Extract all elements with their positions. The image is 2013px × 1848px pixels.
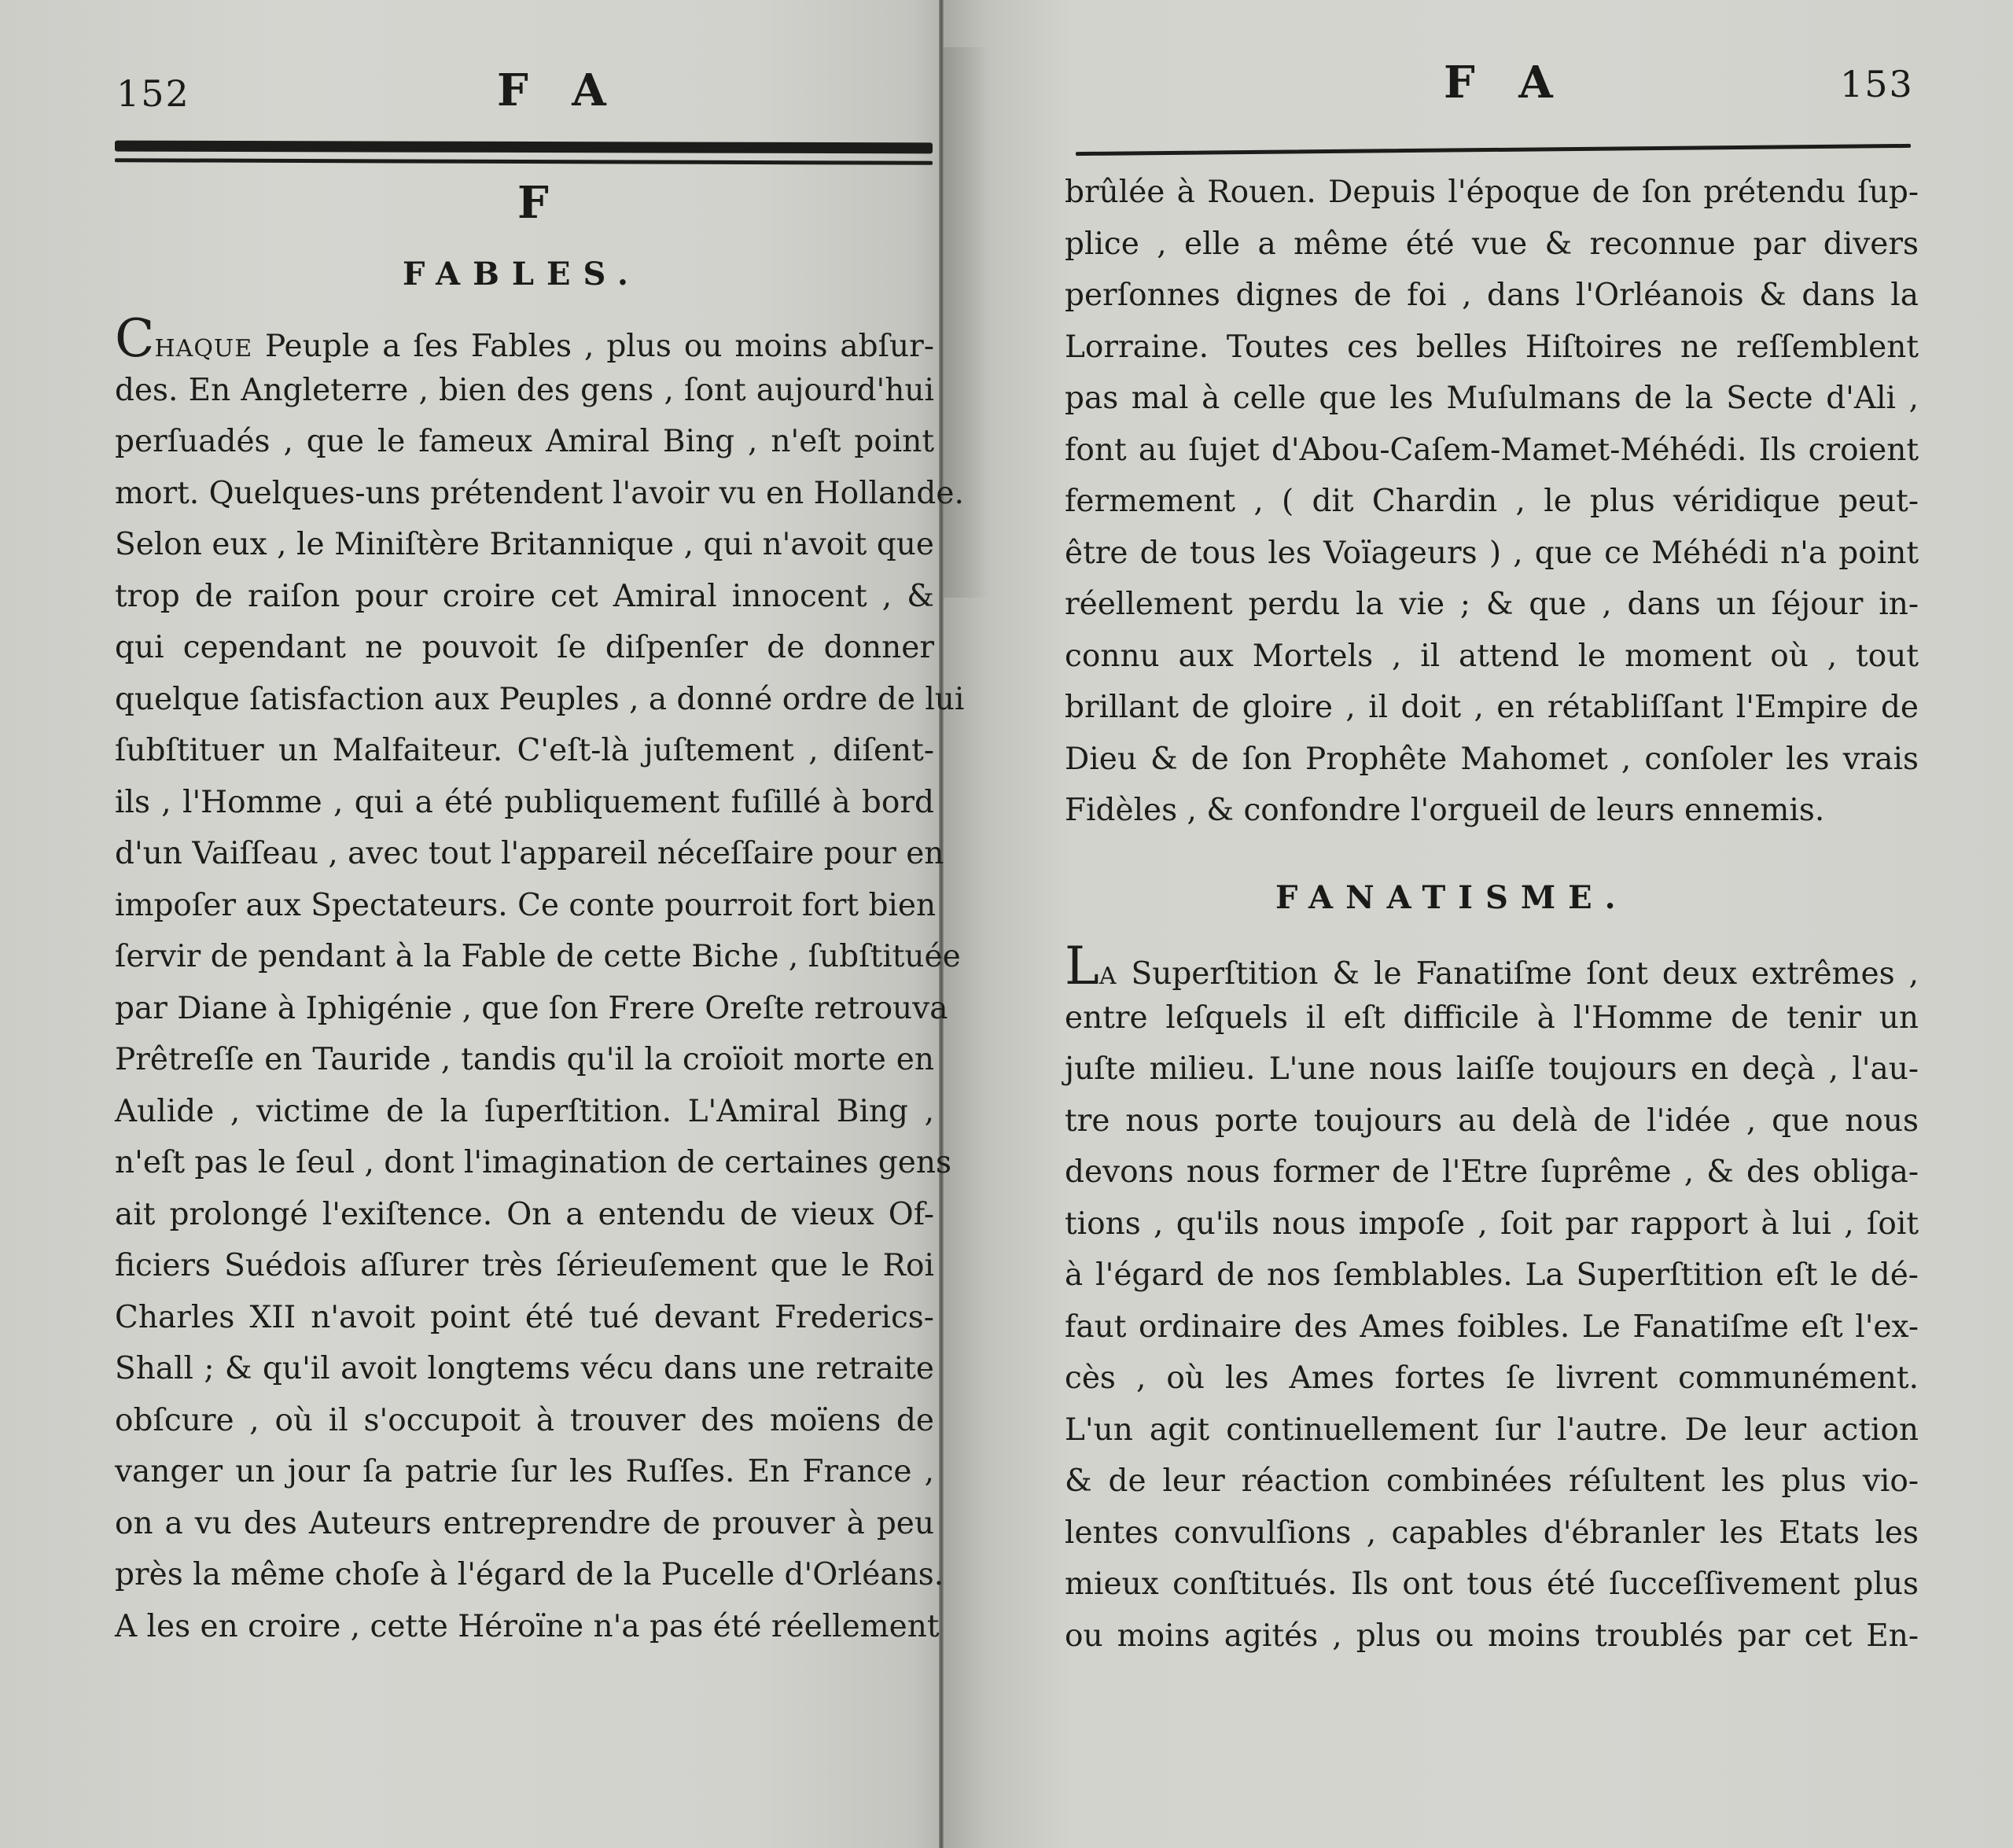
text-line: plice , elle a même été vue & reconnue p… [1065,219,1919,271]
left-body-text: CHAQUE Peuple a ſes Fables , plus ou moi… [115,313,934,1652]
right-page-number: 153 [1840,63,1914,105]
text-line: ou moins agités , plus ou moins troublés… [1065,1611,1919,1662]
text-line: qui cependant ne pouvoit ſe diſpenſer de… [115,622,934,674]
drop-cap-continuation: HAQUE [155,335,253,363]
text-line: on a vu des Auteurs entreprendre de prou… [115,1498,934,1550]
text-line: entre leſquels il eſt difficile à l'Homm… [1065,992,1919,1044]
text-line: ils , l'Homme , qui a été publiquement f… [115,777,934,829]
left-page-number: 152 [116,72,190,115]
text-line: LA Superſtition & le Fanatiſme ſont deux… [1065,941,1919,992]
text-line: réellement perdu la vie ; & que , dans u… [1065,579,1919,631]
text-line: à l'égard de nos ſemblables. La Superſti… [1065,1250,1919,1301]
gutter-shadow [944,47,991,598]
text-line: perſuadés , que le fameux Amiral Bing , … [115,416,934,468]
text-line: près la même choſe à l'égard de la Pucel… [115,1549,934,1601]
text-line: lentes convulſions , capables d'ébranler… [1065,1507,1919,1559]
text-line: ſervir de pendant à la Fable de cette Bi… [115,931,934,983]
text-line: Lorraine. Toutes ces belles Hiſtoires ne… [1065,322,1919,374]
text-line: quelque ſatisfaction aux Peuples , a don… [115,674,934,726]
text-line: d'un Vaiſſeau , avec tout l'appareil néc… [115,828,934,880]
text-line: Aulide , victime de la ſuperſtition. L'A… [115,1086,934,1138]
text-line: Fidèles , & confondre l'orgueil de leurs… [1065,785,1919,837]
text-line: juſte milieu. L'une nous laiſſe toujours… [1065,1044,1919,1095]
drop-cap: L [1065,936,1099,996]
right-body-text-continued: brûlée à Rouen. Depuis l'époque de ſon p… [1065,167,1919,837]
section-letter: F [517,177,549,229]
text-line: devons nous former de l'Etre ſuprême , &… [1065,1147,1919,1198]
text-line: mieux conſtitués. Ils ont tous été ſucce… [1065,1559,1919,1611]
text-line: fermement , ( dit Chardin , le plus véri… [1065,476,1919,528]
left-running-head: F A [497,64,620,116]
book-spread: 152 F A F FABLES. CHAQUE Peuple a ſes Fa… [0,0,2013,1848]
text-line: tions , qu'ils nous impoſe , ſoit par ra… [1065,1198,1919,1250]
text-line: brillant de gloire , il doit , en rétabl… [1065,682,1919,734]
text-line: trop de raiſon pour croire cet Amiral in… [115,571,934,623]
text-line: Charles XII n'avoit point été tué devant… [115,1292,934,1344]
text-line: brûlée à Rouen. Depuis l'époque de ſon p… [1065,167,1919,219]
text-line: Dieu & de ſon Prophête Mahomet , conſole… [1065,734,1919,786]
text-line: perſonnes dignes de foi , dans l'Orléano… [1065,270,1919,322]
text-line: A les en croire , cette Héroïne n'a pas … [115,1601,934,1653]
text-line: être de tous les Voïageurs ) , que ce Mé… [1065,528,1919,580]
drop-cap-continuation: A [1099,963,1117,990]
text-line: connu aux Mortels , il attend le moment … [1065,631,1919,683]
text-line: des. En Angleterre , bien des gens , ſon… [115,365,934,417]
text-line: vanger un jour ſa patrie ſur les Ruſſes.… [115,1446,934,1498]
text-line: par Diane à Iphigénie , que ſon Frere Or… [115,983,934,1035]
text-line: n'eſt pas le ſeul , dont l'imagination d… [115,1137,934,1189]
text-line: obſcure , où il s'occupoit à trouver des… [115,1395,934,1447]
text-line: impoſer aux Spectateurs. Ce conte pourro… [115,880,934,932]
text-line: pas mal à celle que les Muſulmans de la … [1065,373,1919,425]
right-body-text-fanatisme: LA Superſtition & le Fanatiſme ſont deux… [1065,941,1919,1662]
text-line: font au ſujet d'Abou-Caſem-Mamet-Méhédi.… [1065,425,1919,477]
text-line: Prêtreſſe en Tauride , tandis qu'il la c… [115,1034,934,1086]
text-line: ait prolongé l'exiſtence. On a entendu d… [115,1189,934,1241]
right-running-head: F A [1444,57,1567,109]
text-line: mort. Quelques-uns prétendent l'avoir vu… [115,468,934,520]
text-line: cès , où les Ames fortes ſe livrent comm… [1065,1353,1919,1404]
section-title-fanatisme: FANATISME. [1275,879,1628,916]
text-line: ficiers Suédois aſſurer très ſérieuſemen… [115,1240,934,1292]
text-line: & de leur réaction combinées réſultent l… [1065,1456,1919,1507]
text-line: L'un agit continuellement ſur l'autre. D… [1065,1404,1919,1456]
text-line: tre nous porte toujours au delà de l'idé… [1065,1095,1919,1147]
drop-cap: C [115,308,155,369]
text-line: CHAQUE Peuple a ſes Fables , plus ou moi… [115,313,934,365]
text-line: ſubſtituer un Malfaiteur. C'eſt-là juſte… [115,725,934,777]
text-line: faut ordinaire des Ames foibles. Le Fana… [1065,1301,1919,1353]
text-line: Shall ; & qu'il avoit longtems vécu dans… [115,1343,934,1395]
text-line: Selon eux , le Miniſtère Britannique , q… [115,519,934,571]
section-title-fables: FABLES. [403,256,641,293]
left-header-rule-thick [115,141,933,154]
